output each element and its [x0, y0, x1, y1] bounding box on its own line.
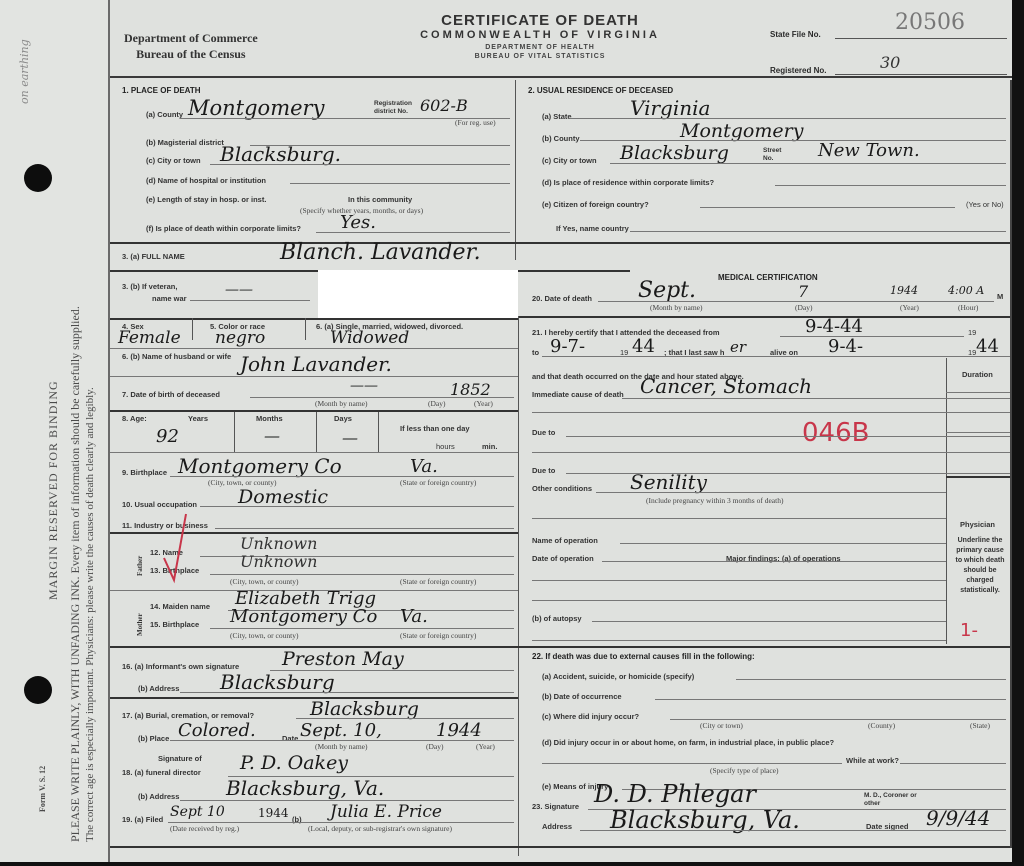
res-city-value: Blacksburg: [620, 142, 729, 164]
punch-hole-bottom: [24, 676, 52, 704]
father-city-note: (City, town, or county): [230, 577, 298, 586]
duration-label: Duration: [962, 370, 993, 379]
alive-date-value: 9-4-: [828, 336, 863, 357]
state-file-label: State File No.: [770, 30, 821, 39]
burial-month-note: (Month by name): [315, 742, 368, 751]
marital-value: Widowed: [330, 328, 409, 348]
street-value: New Town.: [818, 140, 920, 161]
informant-signature: Preston May: [282, 648, 404, 670]
death-city-value: Blacksburg.: [220, 142, 341, 166]
res-county-value: Montgomery: [680, 120, 803, 142]
mother-name-label: 14. Maiden name: [150, 602, 210, 611]
mother-birthplace-label: 15. Birthplace: [150, 620, 199, 629]
occurrence-label: (b) Date of occurrence: [542, 692, 622, 701]
autopsy-label: (b) of autopsy: [532, 614, 582, 623]
years-label: Years: [188, 414, 208, 423]
occupation-value: Domestic: [238, 486, 328, 508]
reg-use-note: (For reg. use): [455, 118, 496, 127]
spouse-value: John Lavander.: [240, 352, 392, 376]
filed-label: 19. (a) Filed: [122, 815, 163, 824]
date-signed-value: 9/9/44: [926, 806, 990, 830]
county-label: (a) County: [146, 110, 183, 119]
dod-hour-note: (Hour): [958, 303, 978, 312]
attended-to-year: 44: [632, 336, 655, 357]
days-label: Days: [334, 414, 352, 423]
spouse-label: 6. (b) Name of husband or wife: [122, 352, 231, 361]
dod-month: Sept.: [638, 278, 696, 303]
while-at-work-label: While at work?: [846, 756, 899, 765]
father-name-value: Unknown: [240, 534, 317, 553]
funeral-sig-label-1: Signature of: [158, 754, 202, 763]
birthplace-value: Montgomery Co: [178, 454, 342, 478]
age-days-value: —: [342, 428, 358, 447]
father-birthplace-value: Unknown: [240, 552, 317, 571]
burial-value: Blacksburg: [310, 698, 419, 720]
punch-hole-top: [24, 164, 52, 192]
dod-label: 20. Date of death: [532, 294, 592, 303]
occupation-label: 10. Usual occupation: [122, 500, 197, 509]
registrar-signature: Julia E. Price: [330, 802, 442, 822]
physician-signature: D. D. Phlegar: [594, 780, 756, 808]
filed-year-value: 1944: [258, 806, 289, 820]
commonwealth-subtitle: COMMONWEALTH OF VIRGINIA: [380, 29, 700, 41]
document-title: CERTIFICATE OF DEATH: [380, 12, 700, 29]
reg-district-label: Registration district No.: [374, 100, 418, 116]
veteran-label: 3. (b) If veteran,: [122, 282, 177, 291]
mother-city-note: (City, town, or county): [230, 631, 298, 640]
funeral-director-signature: P. D. Oakey: [240, 752, 348, 774]
instruction-line-1: PLEASE WRITE PLAINLY, WITH UNFADING INK.…: [68, 306, 83, 842]
registered-label: Registered No.: [770, 66, 826, 75]
funeral-address-value: Blacksburg, Va.: [226, 776, 384, 800]
burial-year-value: 1944: [436, 720, 482, 741]
hours-label: hours: [436, 442, 455, 451]
dob-day-note: (Day): [428, 399, 446, 408]
birth-state-note: (State or foreign country): [400, 478, 476, 487]
informant-address-label: (b) Address: [138, 684, 179, 693]
title-block: CERTIFICATE OF DEATH COMMONWEALTH OF VIR…: [380, 12, 700, 60]
injury-city-note: (City or town): [700, 721, 743, 730]
external-causes-heading: 22. If death was due to external causes …: [532, 652, 755, 661]
father-state-note: (State or foreign country): [400, 577, 476, 586]
age-months-value: —: [264, 426, 280, 445]
dob-label: 7. Date of birth of deceased: [122, 390, 220, 399]
magisterial-label: (b) Magisterial district: [146, 138, 224, 147]
hospital-label: (d) Name of hospital or institution: [146, 176, 266, 185]
death-city-label: (c) City or town: [146, 156, 201, 165]
war-label: name war: [152, 294, 187, 303]
res-state-value: Virginia: [630, 96, 710, 120]
to-label: to: [532, 348, 539, 357]
race-value: negro: [215, 328, 265, 348]
other-conditions-value: Senility: [630, 470, 707, 494]
cause-code: 046B: [802, 418, 869, 448]
dod-hour: 4:00 A: [948, 284, 984, 297]
registered-number: 30: [880, 53, 900, 72]
burial-year-note: (Year): [476, 742, 495, 751]
instruction-line-2: The correct age is especially important.…: [84, 387, 96, 842]
red-check-mark: [160, 510, 188, 586]
mother-tag: Mother: [136, 613, 144, 636]
burial-date-value: Sept. 10,: [300, 720, 382, 741]
bureau-vital-stats: BUREAU OF VITAL STATISTICS: [380, 53, 700, 60]
filed-note: (Date received by reg.): [170, 824, 239, 833]
mother-state-note: (State or foreign country): [400, 631, 476, 640]
operation-name-label: Name of operation: [532, 536, 598, 545]
funeral-sig-label-2: 18. (a) funeral director: [122, 768, 201, 777]
physician-signature-label: 23. Signature: [532, 802, 579, 811]
dob-year-note: (Year): [474, 399, 493, 408]
res-county-label: (b) County: [542, 134, 580, 143]
form-number: Form V. S. 12: [38, 766, 47, 812]
burial-place-label: (b) Place: [138, 734, 169, 743]
immediate-cause-label: Immediate cause of death: [532, 390, 624, 399]
full-name-label: 3. (a) FULL NAME: [122, 252, 185, 261]
underline-instruction: Underline the primary cause to which dea…: [952, 536, 1008, 596]
pregnancy-note: (Include pregnancy within 3 months of de…: [646, 496, 783, 505]
dod-year-note: (Year): [900, 303, 919, 312]
injury-state-note: (State): [970, 721, 990, 730]
sex-value: Female: [118, 328, 181, 348]
mother-birthplace-state: Va.: [400, 606, 428, 627]
other-conditions-label: Other conditions: [532, 484, 592, 493]
burial-date-label: Date: [282, 734, 298, 743]
yes-no-note: (Yes or No): [966, 200, 1004, 209]
due-to-label-1: Due to: [532, 428, 555, 437]
birthplace-label: 9. Birthplace: [122, 468, 167, 477]
reg-district-value: 602-B: [420, 96, 468, 115]
filed-date-value: Sept 10: [170, 804, 225, 820]
informant-address: Blacksburg: [220, 670, 335, 694]
war-value: ——: [225, 282, 253, 298]
accident-label: (a) Accident, suicide, or homicide (spec…: [542, 672, 694, 681]
injury-home-label: (d) Did injury occur in or about home, o…: [542, 738, 834, 747]
country-label: If Yes, name country: [556, 224, 629, 233]
place-type-note: (Specify type of place): [710, 766, 779, 775]
dod-month-note: (Month by name): [650, 303, 703, 312]
attended-from-value: 9-4-44: [805, 316, 863, 337]
bureau-name: Bureau of the Census: [124, 46, 258, 62]
stay-label: (e) Length of stay in hosp. or inst.: [146, 195, 266, 204]
physician-address-label: Address: [542, 822, 572, 831]
binding-margin: on earthing MARGIN RESERVED FOR BINDING …: [0, 0, 110, 862]
dept-health: DEPARTMENT OF HEALTH: [380, 44, 700, 51]
street-label: Street No.: [763, 147, 793, 163]
min-label: min.: [482, 442, 497, 451]
burial-place-value: Colored.: [178, 720, 256, 741]
months-label: Months: [256, 414, 283, 423]
dod-day: 7: [798, 282, 808, 301]
res-city-label: (c) City or town: [542, 156, 597, 165]
death-county-value: Montgomery: [188, 96, 324, 120]
registrar-note: (Local, deputy, or sub-registrar's own s…: [308, 824, 452, 833]
dod-m: M: [997, 292, 1003, 301]
section-place-of-death: 1. PLACE OF DEATH: [122, 86, 201, 95]
res-corporate-label: (d) Is place of residence within corpora…: [542, 178, 714, 187]
red-mark: 1-: [960, 620, 978, 641]
attended-to-value: 9-7-: [550, 336, 585, 357]
redacted-region: [318, 270, 518, 320]
alive-year-value: 44: [976, 336, 999, 357]
death-corporate-value: Yes.: [340, 212, 376, 233]
certificate-header: Department of Commerce Bureau of the Cen…: [110, 0, 1012, 78]
physician-label: Physician: [960, 520, 995, 529]
state-file-number: 20506: [895, 10, 965, 35]
burial-label: 17. (a) Burial, cremation, or removal?: [122, 711, 254, 720]
department-name: Department of Commerce: [124, 30, 258, 46]
citizen-label: (e) Citizen of foreign country?: [542, 200, 649, 209]
burial-day-note: (Day): [426, 742, 444, 751]
full-name-value: Blanch. Lavander.: [280, 240, 481, 265]
dod-year: 1944: [890, 284, 918, 297]
father-tag: Father: [136, 556, 144, 576]
age-years-value: 92: [156, 426, 179, 447]
dod-day-note: (Day): [795, 303, 813, 312]
section-usual-residence: 2. USUAL RESIDENCE OF DECEASED: [528, 86, 673, 95]
res-state-label: (a) State: [542, 112, 572, 121]
last-saw-pronoun: er: [730, 338, 746, 356]
certificate-form: Department of Commerce Bureau of the Cen…: [110, 0, 1012, 862]
injury-where-label: (c) Where did injury occur?: [542, 712, 639, 721]
injury-county-note: (County): [868, 721, 895, 730]
binding-note: MARGIN RESERVED FOR BINDING: [46, 380, 61, 600]
medical-certification-heading: MEDICAL CERTIFICATION: [718, 273, 818, 282]
community-label: In this community: [348, 195, 412, 204]
department-block: Department of Commerce Bureau of the Cen…: [124, 30, 258, 62]
dob-month-value: ——: [350, 378, 378, 394]
less-than-day-label: If less than one day: [400, 424, 470, 433]
birthplace-state-value: Va.: [410, 456, 438, 477]
immediate-cause-value: Cancer, Stomach: [640, 374, 812, 398]
md-coroner-label: M. D., Coroner or other: [864, 792, 924, 808]
due-to-label-2: Due to: [532, 466, 555, 475]
dob-month-note: (Month by name): [315, 399, 368, 408]
pencil-note: on earthing: [18, 39, 31, 104]
death-certificate: on earthing MARGIN RESERVED FOR BINDING …: [0, 0, 1012, 862]
age-label: 8. Age:: [122, 414, 147, 423]
funeral-address-label: (b) Address: [138, 792, 179, 801]
mother-birthplace-value: Montgomery Co: [230, 606, 377, 627]
operation-date-label: Date of operation: [532, 554, 594, 563]
death-corporate-label: (f) Is place of death within corporate l…: [146, 224, 301, 233]
